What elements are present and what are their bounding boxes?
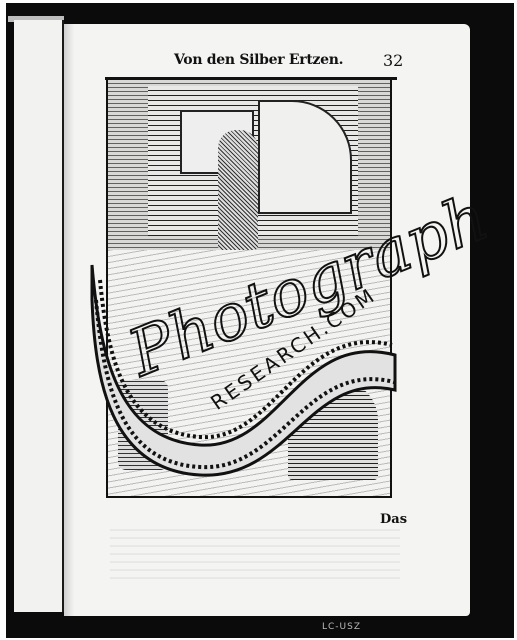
worker-figure — [218, 130, 258, 250]
bottom-stamp: LC-USZ — [322, 622, 361, 632]
catchword: Das — [380, 512, 407, 527]
tub — [118, 380, 168, 470]
show-through-text — [110, 525, 400, 585]
running-head: Von den Silber Ertzen. — [174, 52, 343, 68]
woodcut-illustration — [106, 80, 392, 498]
page-number: 32 — [383, 51, 403, 70]
left-page — [14, 20, 64, 612]
furnace — [288, 380, 378, 480]
gutter-shadow — [64, 24, 74, 616]
